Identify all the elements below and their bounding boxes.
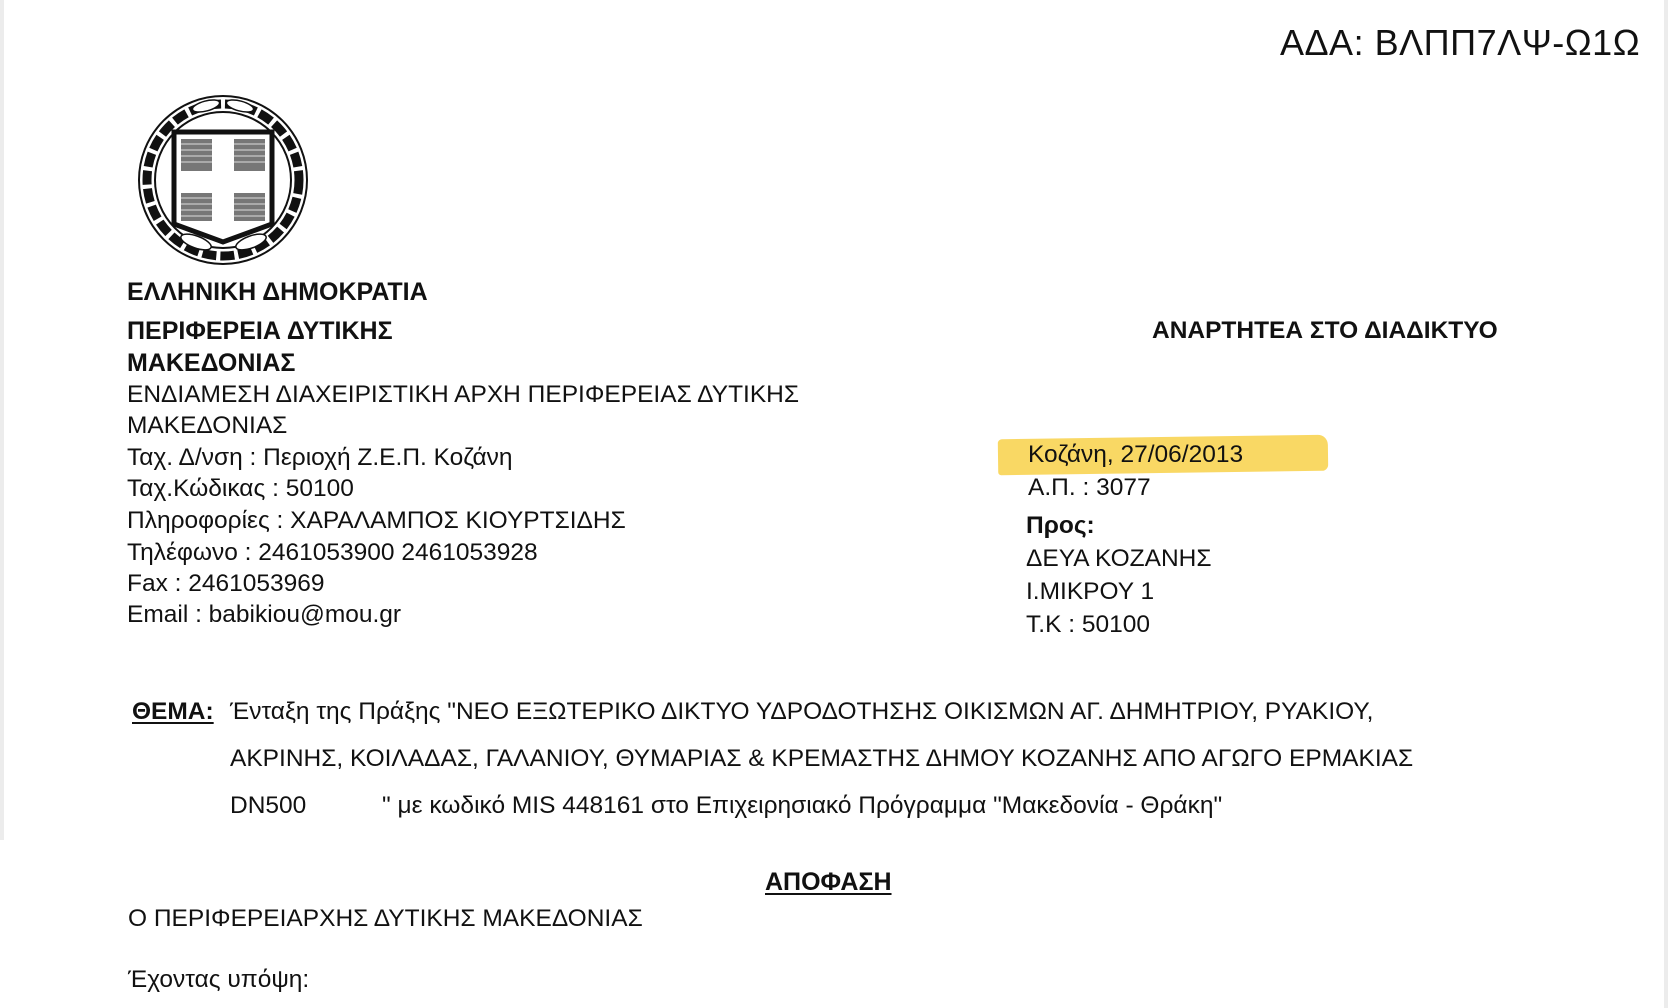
- protocol-number: Α.Π. : 3077: [1028, 474, 1151, 502]
- publish-notice: ΑΝΑΡΤΗΤΕΑ ΣΤΟ ΔΙΑΔΙΚΤΥΟ: [1152, 317, 1498, 345]
- greek-coat-of-arms-icon: [136, 92, 311, 267]
- recipient-name: ΔΕΥΑ ΚΟΖΑΝΗΣ: [1026, 545, 1212, 573]
- document-date: Κοζάνη, 27/06/2013: [1028, 441, 1243, 469]
- ada-code: ΑΔΑ: ΒΛΠΠ7ΛΨ-Ω1Ω: [1280, 22, 1640, 64]
- authority-line2: ΜΑΚΕΔΟΝΙΑΣ: [127, 412, 287, 440]
- governor-title: Ο ΠΕΡΙΦΕΡΕΙΑΡΧΗΣ ΔΥΤΙΚΗΣ ΜΑΚΕΔΟΝΙΑΣ: [128, 905, 643, 933]
- document-page: ΑΔΑ: ΒΛΠΠ7ΛΨ-Ω1Ω: [0, 0, 1664, 1008]
- sender-email: Email : babikiou@mou.gr: [127, 601, 401, 629]
- page-right-edge: [1664, 0, 1668, 1008]
- region-name-line1: ΠΕΡΙΦΕΡΕΙΑ ΔΥΤΙΚΗΣ: [127, 317, 393, 346]
- recipient-street: Ι.ΜΙΚΡΟΥ 1: [1026, 578, 1154, 606]
- subject-label: ΘΕΜΑ:: [132, 698, 214, 726]
- sender-fax: Fax : 2461053969: [127, 570, 325, 598]
- considering-heading: Έχοντας υπόψη:: [128, 966, 309, 994]
- subject-line3-rest: " με κωδικό MIS 448161 στο Επιχειρησιακό…: [382, 792, 1222, 820]
- country-name: ΕΛΛΗΝΙΚΗ ΔΗΜΟΚΡΑΤΙΑ: [127, 278, 428, 307]
- recipient-label: Προς:: [1026, 512, 1095, 540]
- sender-info-contact: Πληροφορίες : ΧΑΡΑΛΑΜΠΟΣ ΚΙΟΥΡΤΣΙΔΗΣ: [127, 507, 626, 535]
- subject-line1: Ένταξη της Πράξης "ΝΕΟ ΕΞΩΤΕΡΙΚΟ ΔΙΚΤΥΟ …: [230, 698, 1373, 726]
- authority-line1: ΕΝΔΙΑΜΕΣΗ ΔΙΑΧΕΙΡΙΣΤΙΚΗ ΑΡΧΗ ΠΕΡΙΦΕΡΕΙΑΣ…: [127, 381, 799, 409]
- decision-title: ΑΠΟΦΑΣΗ: [765, 868, 892, 897]
- region-name-line2: ΜΑΚΕΔΟΝΙΑΣ: [127, 349, 295, 378]
- subject-line2: ΑΚΡΙΝΗΣ, ΚΟΙΛΑΔΑΣ, ΓΑΛΑΝΙΟΥ, ΘΥΜΑΡΙΑΣ & …: [230, 745, 1413, 773]
- sender-postal-code: Ταχ.Κώδικας : 50100: [127, 475, 354, 503]
- subject-line3-code: DN500: [230, 792, 306, 820]
- sender-address: Ταχ. Δ/νση : Περιοχή Ζ.Ε.Π. Κοζάνη: [127, 444, 513, 472]
- recipient-postal: Τ.Κ : 50100: [1026, 611, 1150, 639]
- sender-phone: Τηλέφωνο : 2461053900 2461053928: [127, 539, 538, 567]
